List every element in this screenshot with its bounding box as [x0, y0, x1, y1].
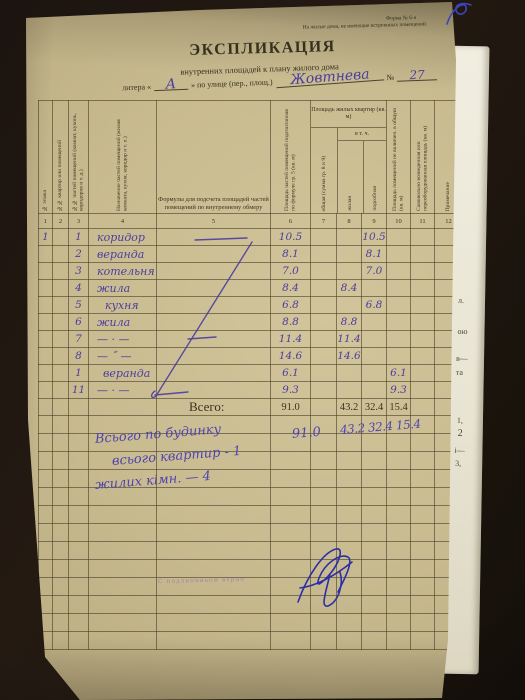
empty-table-row [39, 542, 463, 560]
empty-table-row [39, 506, 463, 524]
table-row: 8 — ˝ — 14.6 14.6 [39, 348, 463, 365]
page-fragment: і— [454, 446, 464, 455]
empty-table-row [39, 632, 463, 650]
empty-table-row [39, 578, 463, 596]
empty-table-row [39, 614, 463, 632]
col12-header: Примечание [445, 180, 451, 213]
table-row: 1 1 коридор 10.5 10.5 [39, 229, 463, 246]
col9-header: подсобная [372, 184, 378, 213]
explication-sheet: На жилые дома, не имеющие встроенных пом… [0, 0, 525, 700]
column-number-row: 1 2 3 4 5 6 7 8 9 10 11 12 [39, 214, 463, 229]
house-no-label: № [386, 73, 394, 82]
page-fragment: 3, [455, 459, 461, 468]
table-row: 3 котельня 7.0 7.0 [39, 263, 463, 280]
litera-value-handwritten: А [154, 79, 188, 91]
col-number: 10 [387, 214, 411, 229]
street-value-handwritten: Жовтнева [275, 68, 384, 88]
empty-table-row [39, 452, 463, 470]
col-number: 4 [89, 214, 157, 229]
table-row: 7 — · — 11.4 11.4 [39, 331, 463, 348]
table-row: 2 веранда 8.1 8.1 [39, 246, 463, 263]
col-number: 5 [157, 214, 271, 229]
house-no-value-handwritten: 27 [397, 69, 437, 82]
totals-row: Всего: 91.0 43.2 32.4 15.4 [39, 399, 463, 416]
empty-table-row [39, 560, 463, 578]
col3-header: №№ частей помещений (комнат, кухонь, кор… [72, 101, 85, 213]
summary-line1-area: 91.0 [291, 425, 321, 442]
page-fragment: в— [456, 354, 468, 363]
col5-header: Формулы для подсчета площадей частей пом… [157, 101, 271, 214]
col-number: 11 [411, 214, 435, 229]
corner-note: На жилые дома, не имеющие встроенных пом… [228, 21, 426, 32]
subgroup-header: в т. ч. [338, 128, 386, 141]
table-row: 1 веранда 6.1 6.1 [39, 365, 463, 382]
empty-table-row [39, 596, 463, 614]
form-number: Форма № 6-а [386, 14, 446, 22]
group-header: Площадь жилых квартир (кв. м) [311, 101, 386, 128]
col10-header: Площадь помещений не включен. в общую (к… [392, 101, 405, 213]
totals-area: 91.0 [271, 399, 311, 416]
litera-label: литера « [122, 82, 151, 92]
col6-header: Площадь частей помещений подсчитанная по… [284, 101, 297, 213]
page-fragment: 1, [457, 416, 463, 425]
page-title: ЭКСПЛИКАЦИЯ [150, 37, 375, 61]
empty-table-row [39, 524, 463, 542]
col-number: 3 [69, 214, 89, 229]
table-row: 5 кухня 6.8 6.8 [39, 297, 463, 314]
page-fragment: та [456, 368, 463, 377]
table-row: 6 жила 8.8 8.8 [39, 314, 463, 331]
col11-header: Самовольно возведенная или переоборудова… [416, 101, 429, 213]
col-number: 8 [337, 214, 362, 229]
col4-header: Назначение частей помещений (жилая комна… [116, 101, 129, 213]
street-label: » по улице (пер., площ.) [191, 78, 273, 90]
living-area-group: Площадь жилых квартир (кв. м) общая (сум… [311, 101, 386, 213]
page-fragment: ою [457, 327, 467, 336]
col7-header: общая (сумма гр. 8 и 9) [321, 154, 327, 213]
table-row: 11 — · — 9.3 9.3 [39, 382, 463, 399]
totals-living: 43.2 [337, 399, 362, 416]
col8-header: жилая [347, 194, 353, 213]
col-number: 6 [271, 214, 311, 229]
totals-utility: 32.4 [362, 399, 387, 416]
table-header-row: № этажа №№ квартир или помещений №№ част… [39, 101, 463, 214]
totals-label: Всего: [157, 399, 271, 416]
col2-header: №№ квартир или помещений [57, 138, 63, 213]
col1-header: № этажа [42, 188, 48, 213]
page-fragment: 2 [458, 428, 463, 439]
col-number: 7 [311, 214, 337, 229]
totals-excluded: 15.4 [387, 399, 411, 416]
col-number: 2 [53, 214, 69, 229]
explication-table: № этажа №№ квартир или помещений №№ част… [38, 100, 463, 650]
col-number: 1 [39, 214, 53, 229]
table-row: 4 жила 8.4 8.4 [39, 280, 463, 297]
col-number: 9 [362, 214, 387, 229]
page-fragment: л. [458, 296, 464, 305]
photo-of-document: л. ою в— та 1, 2 і— 3, На жилые дома, не… [0, 0, 525, 700]
